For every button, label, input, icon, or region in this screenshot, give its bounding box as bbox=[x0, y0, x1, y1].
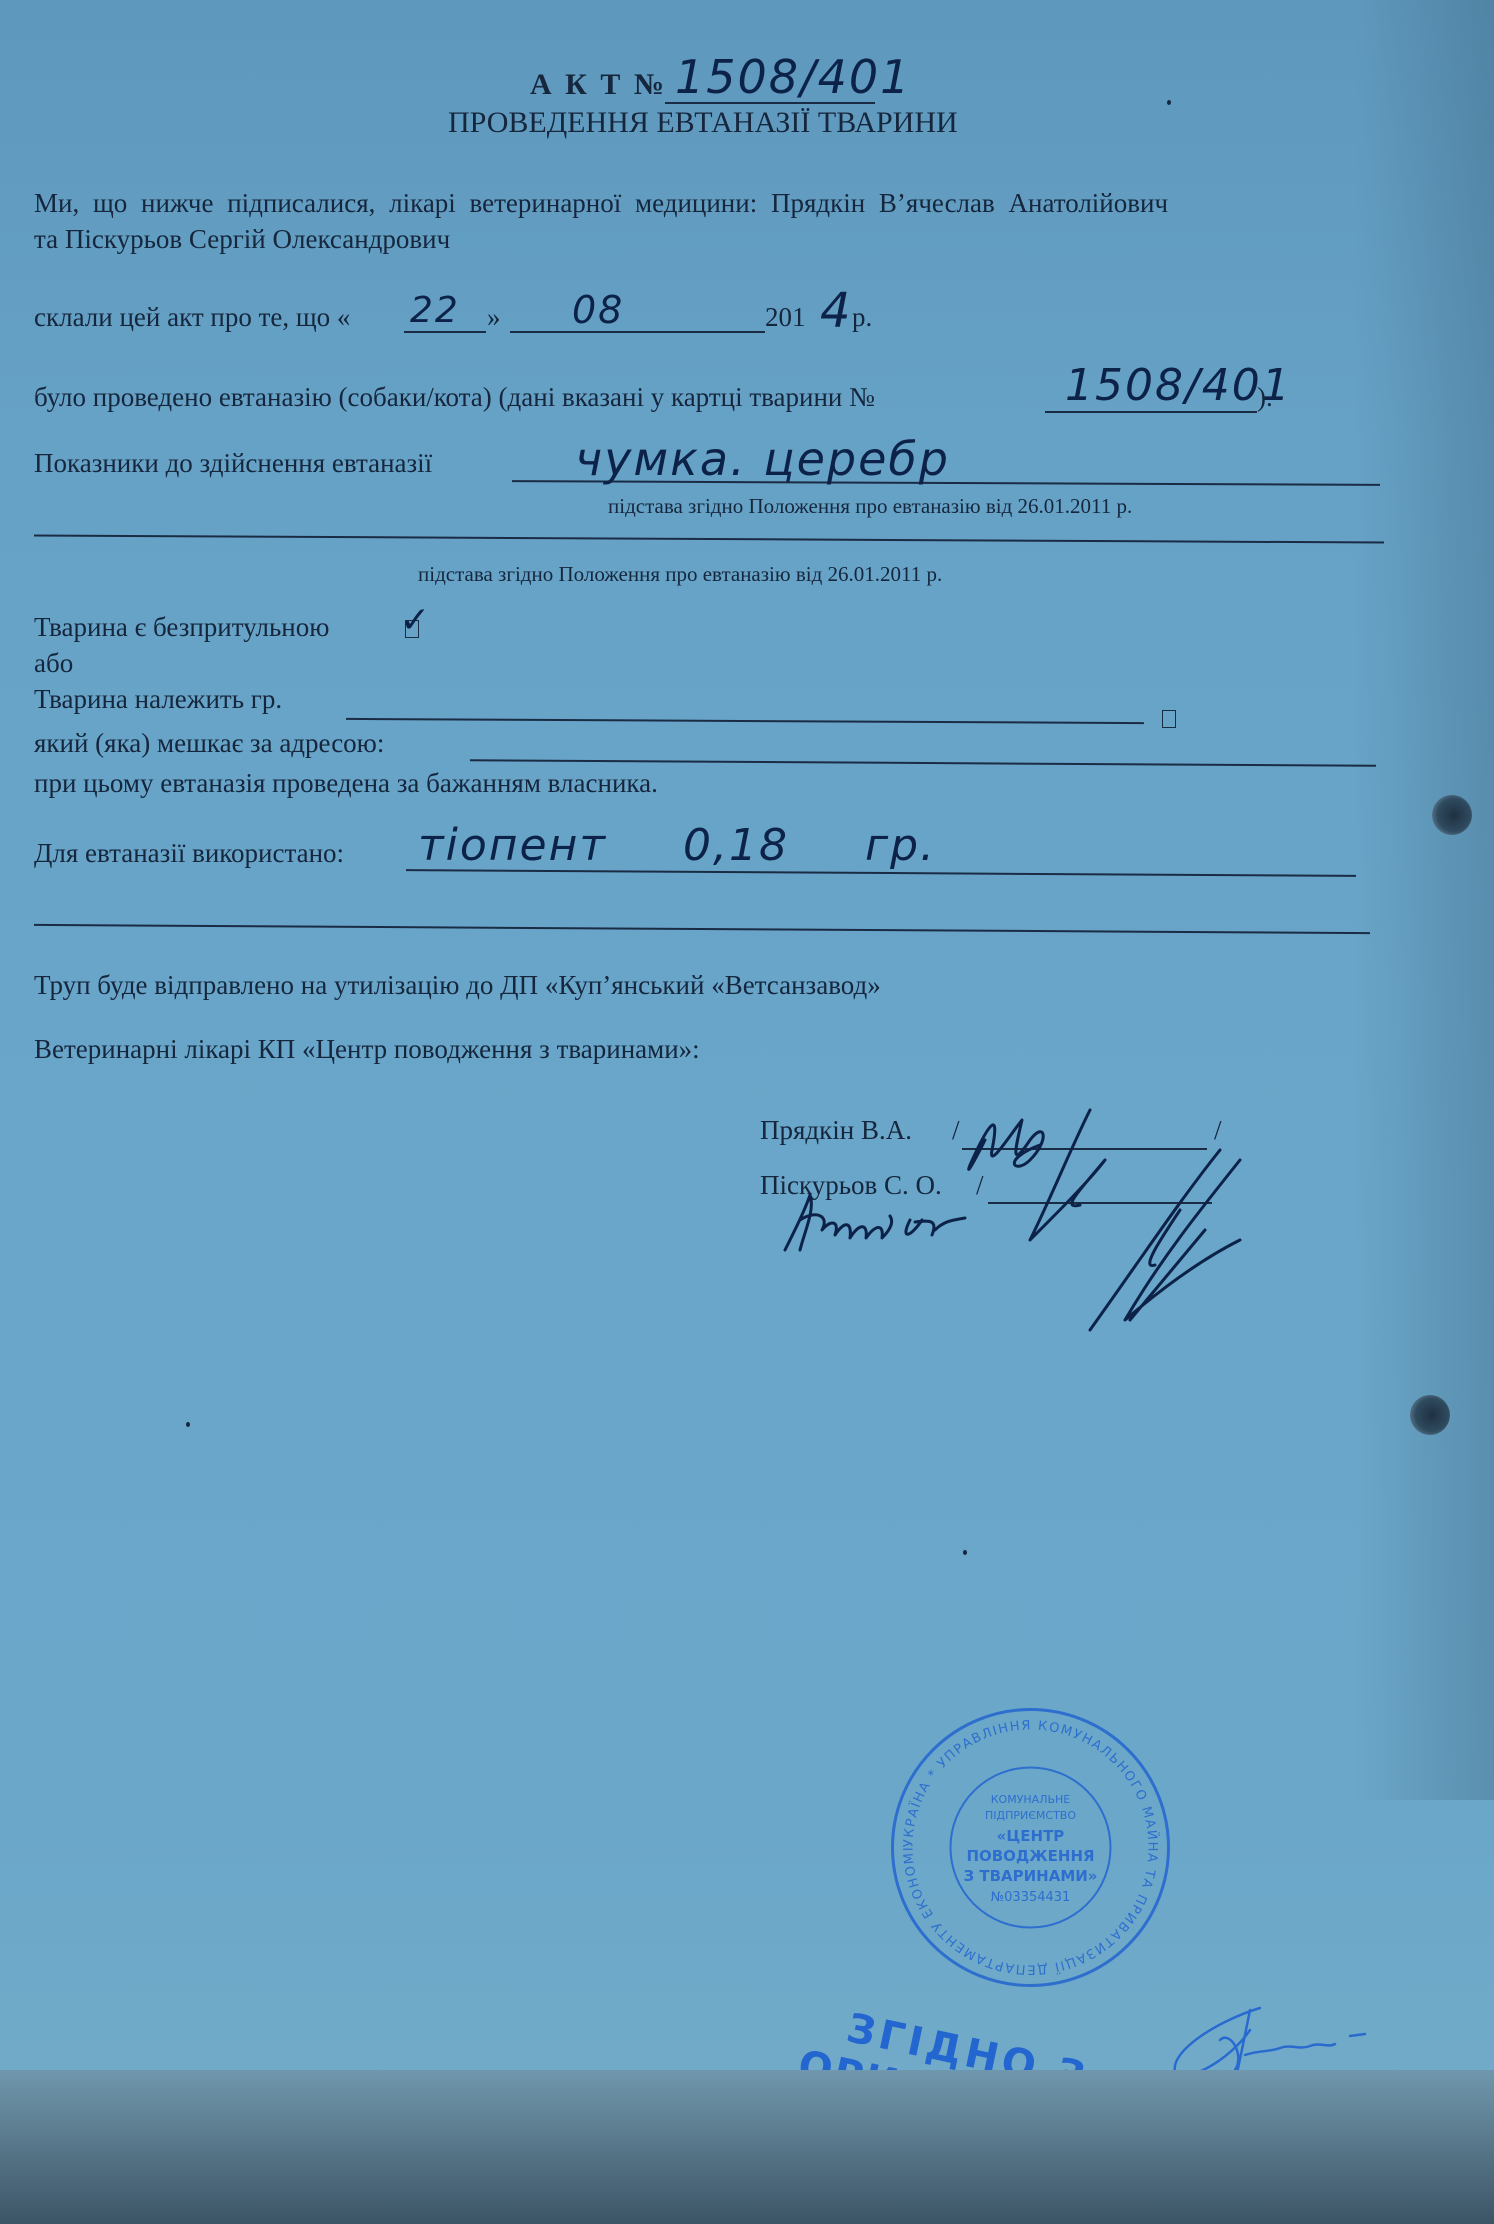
used-rule-2 bbox=[34, 924, 1370, 934]
disposal-note: Труп буде відправлено на утилізацію до Д… bbox=[34, 970, 881, 1001]
date-year-prefix: 201 bbox=[765, 302, 806, 333]
page-shadow bbox=[1354, 0, 1494, 1800]
date-day: 22 bbox=[410, 290, 460, 331]
owner-wish-note: при цьому евтаназія проведена за бажання… bbox=[34, 768, 658, 799]
seal-inner-line: «ЦЕНТР bbox=[997, 1827, 1065, 1845]
speck bbox=[186, 1422, 190, 1427]
owner-name-rule bbox=[346, 718, 1144, 724]
address-rule bbox=[470, 759, 1376, 767]
act-number-handwritten: 1508/401 bbox=[675, 50, 911, 104]
owned-label: Тварина належить гр. bbox=[34, 684, 282, 715]
euthanasia-line-suffix: ). bbox=[1257, 382, 1273, 413]
speck bbox=[963, 1550, 967, 1555]
seal-inner-line: ПОВОДЖЕННЯ bbox=[966, 1847, 1094, 1865]
signatures-icon bbox=[760, 1090, 1360, 1340]
seal-inner-line: ПІДПРИЄМСТВО bbox=[985, 1809, 1076, 1822]
punch-hole-1 bbox=[1432, 795, 1472, 835]
indications-rule-2 bbox=[34, 534, 1384, 543]
date-suffix: р. bbox=[852, 302, 872, 333]
indications-value: чумка. церебр bbox=[575, 432, 950, 486]
date-day-rule bbox=[404, 331, 486, 333]
owned-checkbox[interactable] bbox=[1162, 710, 1176, 728]
stray-checkmark-icon: ✓ bbox=[400, 600, 432, 641]
used-value: тіопент 0,18 гр. bbox=[418, 820, 936, 871]
used-label: Для евтаназії використано: bbox=[34, 838, 344, 869]
document-title: ПРОВЕДЕННЯ ЕВТАНАЗІЇ ТВАРИНИ bbox=[448, 106, 958, 140]
document-page: А К Т № 1508/401 ПРОВЕДЕННЯ ЕВТАНАЗІЇ ТВ… bbox=[0, 0, 1494, 2160]
date-quote-close: » bbox=[487, 302, 501, 333]
punch-hole-2 bbox=[1410, 1395, 1450, 1435]
or-label: або bbox=[34, 648, 73, 679]
seal-inner-line: КОМУНАЛЬНЕ bbox=[991, 1793, 1071, 1806]
seal-inner-line: №03354431 bbox=[991, 1890, 1071, 1905]
vets-label: Ветеринарні лікарі КП «Центр поводження … bbox=[34, 1034, 700, 1065]
date-year-digit: 4 bbox=[820, 283, 853, 339]
basis-note-2: підстава згідно Положення про евтаназію … bbox=[418, 562, 942, 587]
stray-label: Тварина є безпритульною bbox=[34, 612, 329, 643]
basis-note-1: підстава згідно Положення про евтаназію … bbox=[608, 494, 1132, 519]
intro-line-1: Ми, що нижче підписалися, лікарі ветерин… bbox=[34, 188, 1168, 219]
intro-line-2: та Піскурьов Сергій Олександрович bbox=[34, 224, 450, 255]
act-label: А К Т № bbox=[530, 68, 667, 102]
round-seal-stamp: УКРАЇНА * УПРАВЛІННЯ КОМУНАЛЬНОГО МАЙНА … bbox=[888, 1705, 1173, 1990]
indications-label: Показники до здійснення евтаназії bbox=[34, 448, 432, 479]
date-prefix: склали цей акт про те, що « bbox=[34, 302, 350, 333]
date-month-rule bbox=[510, 331, 765, 333]
euthanasia-line-prefix: було проведено евтаназію (собаки/кота) (… bbox=[34, 382, 875, 413]
address-label: який (яка) мешкає за адресою: bbox=[34, 728, 384, 759]
seal-inner-line: З ТВАРИНАМИ» bbox=[963, 1867, 1097, 1885]
speck bbox=[1167, 100, 1171, 105]
date-month: 08 bbox=[572, 288, 624, 332]
desk-surface bbox=[0, 2070, 1494, 2224]
animal-card-rule bbox=[1045, 411, 1257, 413]
